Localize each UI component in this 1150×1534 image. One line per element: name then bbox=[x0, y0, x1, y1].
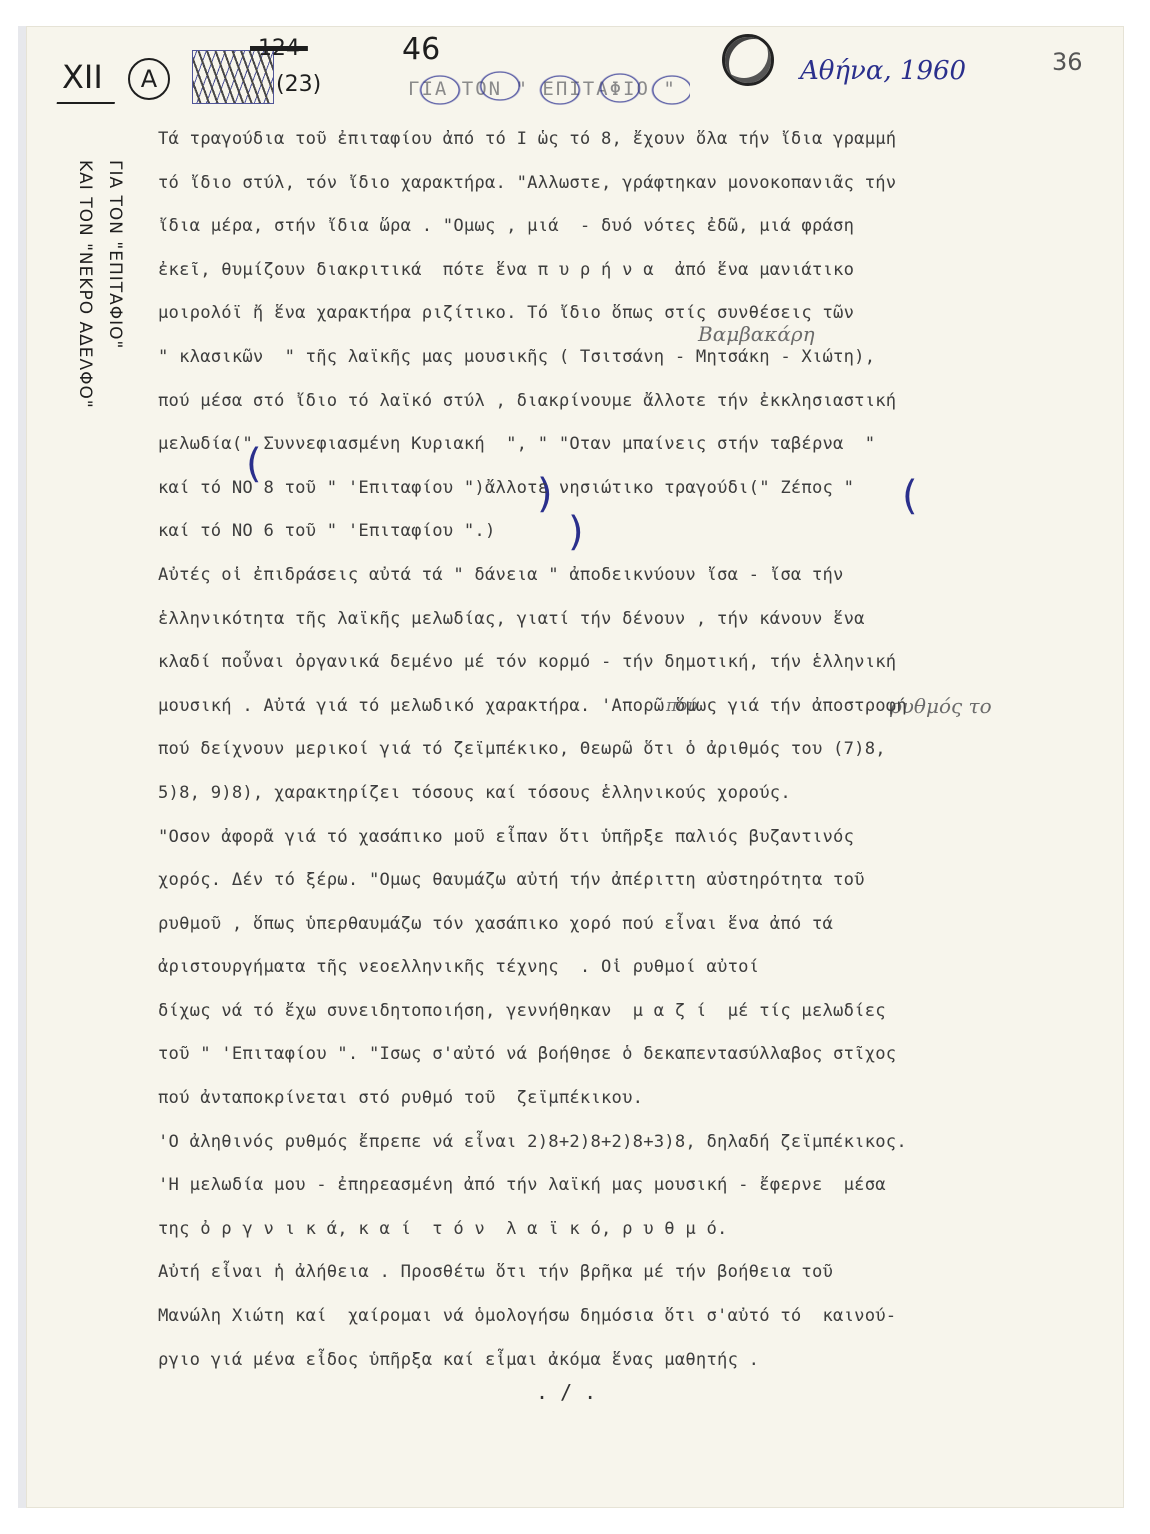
text-line: δίχως νά τό ἔχω συνειδητοποιήση, γεννήθη… bbox=[158, 990, 1108, 1034]
text-line: χορός. Δέν τό ξέρω. "Ομως θαυμάζω αὐτή τ… bbox=[158, 859, 1108, 903]
text-line: πού ἀνταποκρίνεται στό ρυθμό τοῦ ζεϊμπέκ… bbox=[158, 1077, 1108, 1121]
circled-letter: A bbox=[128, 58, 170, 100]
text-line: μοιρολόϊ ἤ ἕνα χαρακτήρα ριζίτικο. Τό ἴδ… bbox=[158, 292, 1108, 336]
margin-note-line-2: ΚΑΙ ΤΟΝ "ΝΕΚΡΟ ΑΔΕΛΦΟ" bbox=[70, 160, 100, 500]
text-line: πού δείχνουν μερικοί γιά τό ζεϊμπέκικο, … bbox=[158, 728, 1108, 772]
text-line: μελωδία(" Συννεφιασμένη Κυριακή ", " "Οτ… bbox=[158, 423, 1108, 467]
old-page-number-text: -124- bbox=[250, 36, 308, 61]
text-line: μουσική . Αὐτά γιά τό μελωδικό χαρακτήρα… bbox=[158, 685, 1108, 729]
place-date: Αθήνα, 1960 bbox=[800, 56, 966, 86]
scribble-circle-mark bbox=[722, 34, 774, 86]
text-line: " κλασικῶν " τῆς λαϊκῆς μας μουσικῆς ( Τ… bbox=[158, 336, 1108, 380]
text-line: "Οσον ἀφορᾶ γιά τό χασάπικο μοῦ εἶπαν ὅτ… bbox=[158, 816, 1108, 860]
text-line: τοῦ " 'Επιταφίου ". "Ισως σ'αὐτό νά βοήθ… bbox=[158, 1033, 1108, 1077]
old-page-number: -124- bbox=[250, 36, 308, 61]
text-line: τό ἴδιο στύλ, τόν ἴδιο χαρακτήρα. "Αλλωσ… bbox=[158, 162, 1108, 206]
roman-numeral: XII bbox=[62, 58, 103, 96]
title-strike-scribble bbox=[410, 70, 690, 110]
text-line: ργιο γιά μένα εἶδος ὑπῆρξα καί εἶμαι ἀκό… bbox=[158, 1339, 1108, 1383]
text-line: ἴδια μέρα, στήν ἴδια ὥρα . "Ομως , μιά -… bbox=[158, 205, 1108, 249]
text-line: Αὐτές οἱ ἐπιδράσεις αὐτά τά " δάνεια " ἀ… bbox=[158, 554, 1108, 598]
number-in-parens: (23) bbox=[276, 72, 321, 97]
text-line: 'Η μελωδία μου - ἐπηρεασμένη ἀπό τήν λαϊ… bbox=[158, 1164, 1108, 1208]
text-line: καί τό NO 6 τοῦ " 'Επιταφίου ".) bbox=[158, 510, 1108, 554]
margin-note-line-1: ΓΙΑ ΤΟΝ "ΕΠΙΤΑΦΙΟ" bbox=[100, 160, 130, 500]
text-line: πού μέσα στό ἴδιο τό λαϊκό στύλ , διακρί… bbox=[158, 380, 1108, 424]
handwritten-number: 46 bbox=[402, 32, 440, 67]
text-line: ἀριστουργήματα τῆς νεοελληνικῆς τέχνης .… bbox=[158, 946, 1108, 990]
text-line: ἑλληνικότητα τῆς λαϊκῆς μελωδίας, γιατί … bbox=[158, 598, 1108, 642]
text-line: καί τό NO 8 τοῦ " 'Επιταφίου ")ἄλλοτε νη… bbox=[158, 467, 1108, 511]
page-number: 36 bbox=[1052, 48, 1083, 76]
text-line: ρυθμοῦ , ὅπως ὑπερθαυμάζω τόν χασάπικο χ… bbox=[158, 903, 1108, 947]
text-line: κλαδί ποὖναι ὀργανικά δεμένο μέ τόν κορμ… bbox=[158, 641, 1108, 685]
end-mark: . / . bbox=[536, 1380, 596, 1404]
text-line: Τά τραγούδια τοῦ ἐπιταφίου ἀπό τό I ὡς τ… bbox=[158, 118, 1108, 162]
margin-note: ΓΙΑ ΤΟΝ "ΕΠΙΤΑΦΙΟ" ΚΑΙ ΤΟΝ "ΝΕΚΡΟ ΑΔΕΛΦΟ… bbox=[70, 160, 130, 500]
text-line: Αὐτή εἶναι ἡ ἀλήθεια . Προσθέτω ὅτι τήν … bbox=[158, 1251, 1108, 1295]
text-line: Μανώλη Χιώτη καί χαίρομαι νά ὁμολογήσω δ… bbox=[158, 1295, 1108, 1339]
text-line: 5)8, 9)8), χαρακτηρίζει τόσους καί τόσου… bbox=[158, 772, 1108, 816]
text-line: ἐκεῖ, θυμίζουν διακριτικά πότε ἕνα π υ ρ… bbox=[158, 249, 1108, 293]
text-line: της ὀ ρ γ ν ι κ ά, κ α ί τ ό ν λ α ϊ κ ό… bbox=[158, 1208, 1108, 1252]
text-line: 'Ο ἀληθινός ρυθμός ἔπρεπε νά εἶναι 2)8+2… bbox=[158, 1121, 1108, 1165]
typed-body: Τά τραγούδια τοῦ ἐπιταφίου ἀπό τό I ὡς τ… bbox=[158, 118, 1108, 1382]
